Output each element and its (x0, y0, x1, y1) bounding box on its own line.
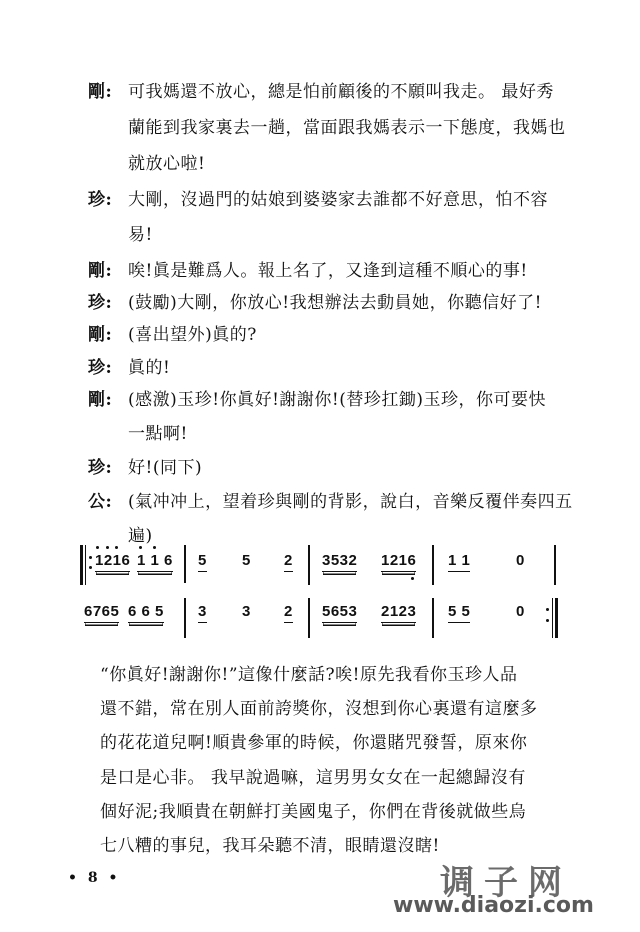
note-group: 5653 (322, 603, 357, 623)
monologue-line: 還不錯，常在別人面前誇獎你，沒想到你心裏還有這麼多 (100, 694, 538, 719)
speaker-label: 珍: (88, 190, 112, 210)
barline (184, 545, 186, 583)
dialogue-text: (鼓勵)大剛，你放心!我想辦法去動員她，你聽信好了! (128, 293, 542, 313)
low-octave-dot (411, 577, 414, 580)
dialogue-text: 唉!眞是難爲人。報上名了，又逢到這種不順心的事! (128, 261, 528, 281)
high-octave-dot (153, 546, 156, 549)
watermark-url: www.diaozi.com (393, 893, 594, 918)
speaker-label: 珍: (88, 358, 112, 378)
note-group: 1216 (95, 552, 130, 572)
high-octave-dot (106, 546, 109, 549)
dialogue-text: 蘭能到我家裏去一趟，當面跟我媽表示一下態度，我媽也 (128, 118, 566, 138)
speaker-label: 公: (88, 492, 112, 512)
book-page: 剛: 可我媽還不放心，總是怕前顧後的不願叫我走。 最好秀 蘭能到我家裏去一趟，當… (0, 0, 640, 932)
speaker-label: 剛: (88, 390, 112, 410)
note-group: 1216 (381, 552, 416, 572)
dialogue-text: (喜出望外)眞的? (128, 325, 257, 345)
dialogue-text: 好!(同下) (128, 458, 202, 478)
dialogue-text: 一點啊! (128, 424, 188, 444)
repeat-dot (89, 566, 92, 569)
note: 5 (198, 552, 207, 572)
barline (184, 598, 186, 638)
barline (308, 598, 310, 638)
note: 3 (242, 603, 251, 621)
monologue-line: 個好泥;我順貴在朝鮮打美國鬼子，你們在背後就做些烏 (100, 797, 526, 822)
barline (308, 545, 310, 585)
monologue-line: 的花花道兒啊!順貴參軍的時候，你還賭咒發誓，原來你 (100, 728, 527, 753)
note: 2 (284, 552, 293, 572)
note-group: 1 1 (448, 552, 470, 572)
barline (554, 545, 556, 585)
dialogue-text: 大剛，沒過門的姑娘到婆婆家去誰都不好意思，怕不容 (128, 190, 548, 210)
repeat-dot (546, 619, 549, 622)
dialogue-text: 就放心啦! (128, 154, 205, 174)
high-octave-dot (115, 546, 118, 549)
monologue-line: 是口是心非。 我早說過嘛，這男男女女在一起總歸沒有 (100, 763, 526, 788)
dialogue-text: 眞的! (128, 358, 170, 378)
note-group: 3532 (322, 552, 357, 572)
note-group: 2123 (381, 603, 416, 623)
page-number: • 8 • (68, 870, 120, 886)
dialogue-text: 遍) (128, 526, 153, 546)
monologue-line: “你眞好!謝謝你!”這像什麼話?唉!原先我看你玉珍人品 (100, 660, 518, 685)
repeat-dot (546, 608, 549, 611)
note-group: 1 1 6 (137, 552, 173, 572)
rest: 0 (516, 603, 525, 621)
repeat-end-barline (555, 598, 558, 638)
dialogue-text: (感激)玉珍!你眞好!謝謝你!(替珍扛鋤)玉珍，你可要快 (128, 390, 546, 410)
repeat-start-barline (80, 545, 83, 585)
speaker-label: 珍: (88, 458, 112, 478)
barline (432, 545, 434, 585)
note: 2 (284, 603, 293, 623)
note-group: 6 6 5 (128, 603, 164, 623)
note: 3 (198, 603, 207, 623)
dialogue-text: (氣冲冲上，望着珍與剛的背影，說白，音樂反覆伴奏四五 (128, 492, 573, 512)
speaker-label: 珍: (88, 293, 112, 313)
high-octave-dot (139, 546, 142, 549)
high-octave-dot (96, 546, 99, 549)
note: 5 (242, 552, 251, 570)
repeat-dot (89, 556, 92, 559)
monologue-line: 七八糟的事兒，我耳朵聽不清，眼睛還沒瞎! (100, 831, 440, 856)
repeat-end-barline-thin (552, 598, 553, 638)
speaker-label: 剛: (88, 261, 112, 281)
speaker-label: 剛: (88, 325, 112, 345)
dialogue-text: 可我媽還不放心，總是怕前顧後的不願叫我走。 最好秀 (128, 82, 554, 102)
speaker-label: 剛: (88, 82, 112, 102)
note-group: 5 5 (448, 603, 470, 623)
dialogue-text: 易! (128, 225, 153, 245)
repeat-start-barline-thin (85, 545, 86, 585)
rest: 0 (516, 552, 525, 570)
note-group: 6765 (84, 603, 119, 623)
barline (432, 598, 434, 638)
